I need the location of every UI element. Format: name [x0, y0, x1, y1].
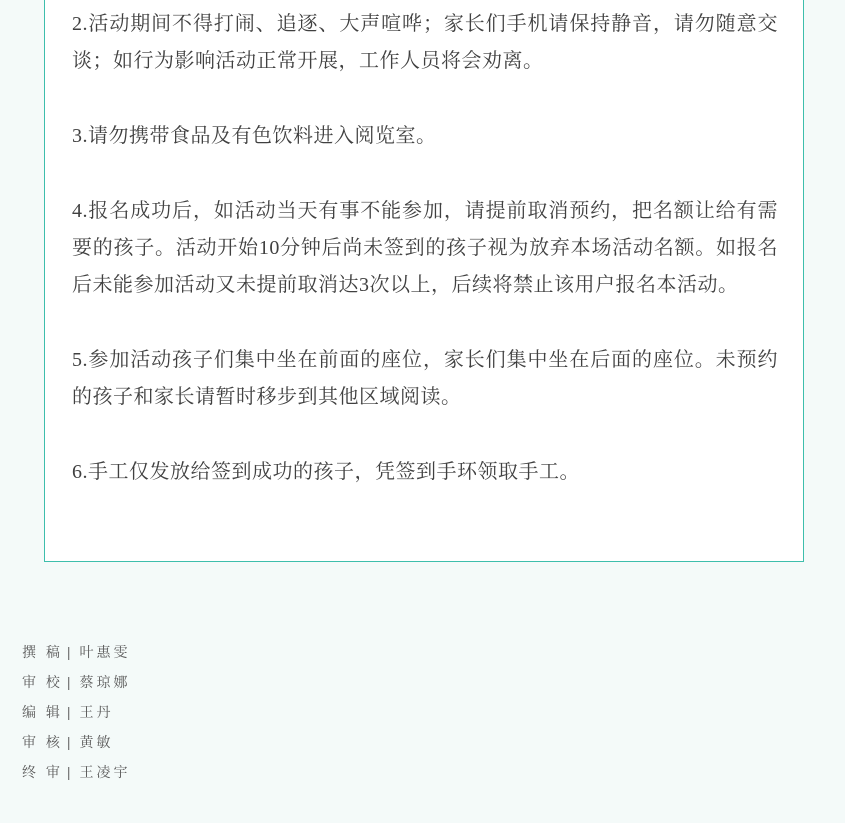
credit-role: 审 校 [22, 674, 63, 690]
credit-separator: | [67, 674, 74, 690]
credit-name: 黄敏 [80, 734, 114, 750]
credit-role: 终 审 [22, 764, 63, 780]
credit-row-reviewer: 审 核|黄敏 [22, 727, 845, 757]
notice-item-2: 2.活动期间不得打闹、追逐、大声喧哗；家长们手机请保持静音，请勿随意交谈；如行为… [72, 6, 778, 80]
article-page: 2.活动期间不得打闹、追逐、大声喧哗；家长们手机请保持静音，请勿随意交谈；如行为… [0, 0, 845, 823]
credit-row-editor: 编 辑|王丹 [22, 697, 845, 727]
credit-role: 审 核 [22, 734, 63, 750]
credit-name: 王凌宇 [80, 764, 131, 780]
credit-separator: | [67, 644, 74, 660]
credit-separator: | [67, 704, 74, 720]
credit-separator: | [67, 764, 74, 780]
credit-row-writer: 撰 稿|叶惠雯 [22, 637, 845, 667]
activity-notice-box: 2.活动期间不得打闹、追逐、大声喧哗；家长们手机请保持静音，请勿随意交谈；如行为… [44, 0, 804, 562]
credit-name: 叶惠雯 [80, 644, 131, 660]
notice-item-4: 4.报名成功后，如活动当天有事不能参加，请提前取消预约，把名额让给有需要的孩子。… [72, 193, 778, 304]
credits-block: 撰 稿|叶惠雯 审 校|蔡琼娜 编 辑|王丹 审 核|黄敏 终 审|王凌宇 [22, 637, 845, 787]
credit-role: 撰 稿 [22, 644, 63, 660]
notice-item-6: 6.手工仅发放给签到成功的孩子，凭签到手环领取手工。 [72, 454, 778, 491]
credit-row-proofreader: 审 校|蔡琼娜 [22, 667, 845, 697]
credit-separator: | [67, 734, 74, 750]
credit-row-final-reviewer: 终 审|王凌宇 [22, 757, 845, 787]
credit-name: 王丹 [80, 704, 114, 720]
credit-name: 蔡琼娜 [80, 674, 131, 690]
credit-role: 编 辑 [22, 704, 63, 720]
notice-item-5: 5.参加活动孩子们集中坐在前面的座位，家长们集中坐在后面的座位。未预约的孩子和家… [72, 342, 778, 416]
notice-item-3: 3.请勿携带食品及有色饮料进入阅览室。 [72, 118, 778, 155]
